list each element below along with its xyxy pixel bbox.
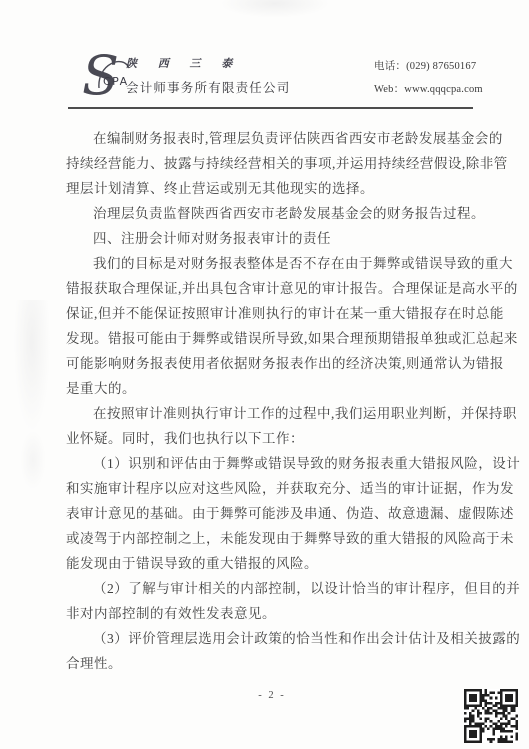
text-line: 保证,但并不能保证按照审计准则执行的审计在某一重大错报存在时总能 [66,301,472,326]
text-line: 和实施审计程序以应对这些风险，并获取充分、适当的审计证据，作为发 [66,476,472,501]
header-rule [68,107,473,109]
text-line: 能发现由于错误导致的重大错报的风险。 [66,551,472,576]
web-line: Web：www.qqqcpa.com [374,81,524,96]
scan-smudge [20,430,46,490]
text-line: 合理性。 [66,651,472,676]
text-line: 表审计意见的基础。由于舞弊可能涉及串通、伪造、故意遗漏、虚假陈述 [66,501,472,526]
text-line: 业怀疑。同时，我们也执行以下工作： [66,426,472,451]
qr-code [464,689,518,743]
text-line: 持续经营能力、披露与持续经营相关的事项,并运用持续经营假设,除非管 [66,151,472,176]
text-line: （3）评价管理层选用会计政策的恰当性和作出会计估计及相关披露的 [66,626,472,651]
text-line: 治理层负责监督陕西省西安市老龄发展基金会的财务报告过程。 [66,201,472,226]
document-page: S CPA 陕 西 三 泰 会计师事务所有限责任公司 电话：(029) 8765… [0,0,529,749]
text-line: （1）识别和评估由于舞弊或错误导致的财务报表重大错报风险，设计 [66,451,472,476]
letterhead: S CPA 陕 西 三 泰 会计师事务所有限责任公司 电话：(029) 8765… [0,0,529,110]
scan-smudge [12,300,52,440]
document-body: 在编制财务报表时,管理层负责评估陕西省西安市老龄发展基金会的 持续经营能力、披露… [66,126,472,676]
phone-line: 电话：(029) 87650167 [374,58,524,73]
text-line: 发现。错报可能由于舞弊或错误所导致,如果合理预期错报单独或汇总起来 [66,326,472,351]
firm-subtitle: 会计师事务所有限责任公司 [126,78,346,96]
text-line: 或凌驾于内部控制之上，未能发现由于舞弊导致的重大错报的风险高于未 [66,526,472,551]
text-line: 错报获取合理保证,并出具包含审计意见的审计报告。合理保证是高水平的 [66,276,472,301]
text-line: 理层计划清算、终止营运或别无其他现实的选择。 [66,176,472,201]
text-line: 可能影响财务报表使用者依据财务报表作出的经济决策,则通常认为错报 [66,351,472,376]
text-line: （2）了解与审计相关的内部控制，以设计恰当的审计程序，但目的并 [66,576,472,601]
firm-name: 陕 西 三 泰 [126,55,346,71]
text-line: 是重大的。 [66,376,472,401]
page-number: - 2 - [232,690,312,701]
text-line: 我们的目标是对财务报表整体是否不存在由于舞弊或错误导致的重大 [66,251,472,276]
svg-text:CPA: CPA [103,75,129,88]
text-line: 非对内部控制的有效性发表意见。 [66,601,472,626]
text-line: 在编制财务报表时,管理层负责评估陕西省西安市老龄发展基金会的 [66,126,472,151]
section-heading: 四、注册会计师对财务报表审计的责任 [66,226,472,251]
firm-names: 陕 西 三 泰 会计师事务所有限责任公司 [126,55,346,96]
text-line: 在按照审计准则执行审计工作的过程中,我们运用职业判断，并保持职 [66,401,472,426]
contact-block: 电话：(029) 87650167 Web：www.qqqcpa.com [374,58,524,104]
